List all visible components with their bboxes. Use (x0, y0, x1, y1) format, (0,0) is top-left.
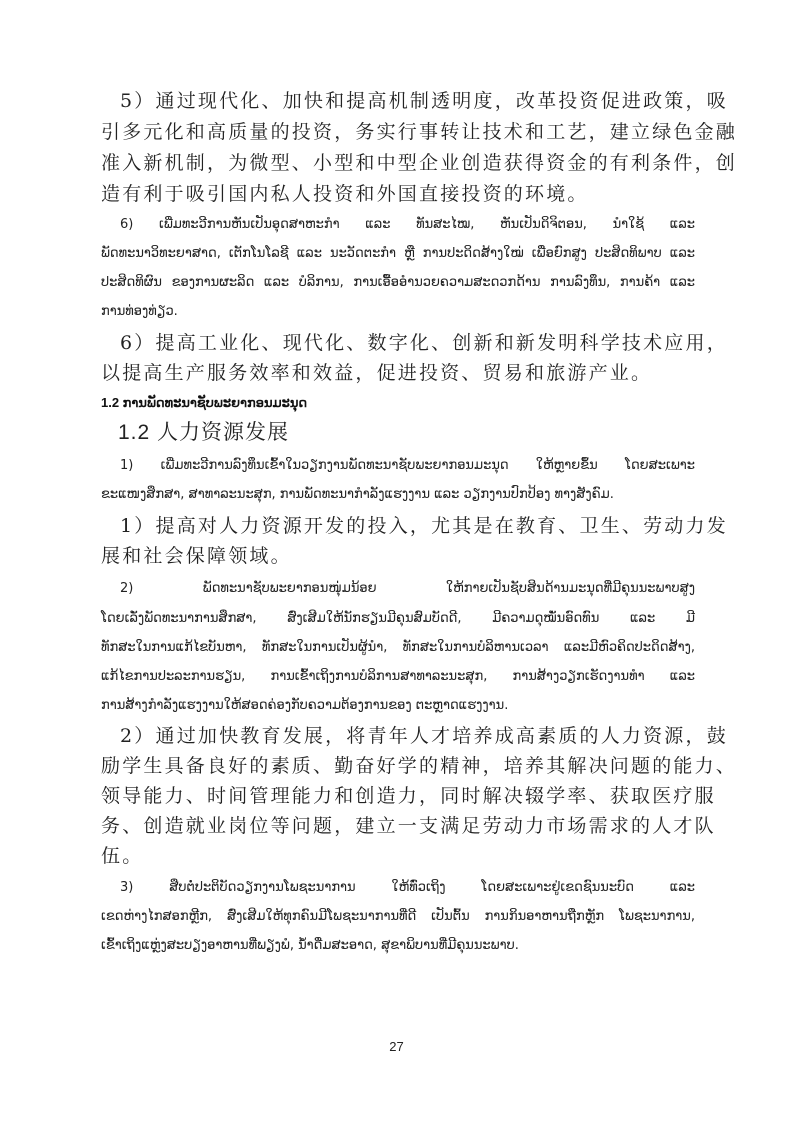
paragraph-zh-2-line-2: 励学生具备良好的素质、勤奋好学的精神，培养其解决问题的能力、 (101, 753, 695, 779)
paragraph-lo-3-line-2: ເຂດຫ່າງໄກສອກຫຼີກ, ສົ່ງເສີມໃຫ້ທຸກຄົນມີໂພຊ… (101, 906, 695, 928)
paragraph-lo-1-line-1: 1) ເພີ່ມທະວີການລົງທຶນເຂົ້າໃນວຽກງານພັດທະນ… (101, 455, 695, 477)
paragraph-zh-1-line-2: 展和社会保障领域。 (101, 543, 695, 569)
paragraph-lo-2-line-2: ໂດຍເລັ່ງພັດທະນາການສຶກສາ, ສົ່ງເສີມໃຫ້ນັກຮ… (101, 608, 695, 630)
paragraph-zh-2-line-4: 务、创造就业岗位等问题，建立一支满足劳动力市场需求的人才队 (101, 813, 695, 839)
page-number: 27 (0, 1039, 793, 1054)
paragraph-lo-6-line-1: 6) ເພີ່ມທະວີການຫັນເປັນອຸດສາຫະກຳ ແລະ ທັນສ… (101, 214, 695, 236)
paragraph-lo-2-line-1: 2) ພັດທະນາຊັບພະຍາກອນໜຸ່ມນ້ອຍ ໃຫ້ກາຍເປັນຊ… (101, 578, 695, 600)
paragraph-lo-3-line-1: 3) ສືບຕໍ່ປະຕິບັດວຽກງານໂພຊະນາການ ໃຫ້ທົ່ວເ… (101, 877, 695, 899)
paragraph-lo-3-line-3: ເຂົ້າເຖິງແຫຼ່ງສະບຽງອາຫານທີ່ພຽງພໍ, ນ້ຳດື່… (101, 935, 695, 957)
paragraph-lo-6-line-4: ການທ່ອງທ່ຽວ. (101, 301, 695, 323)
document-page: 5）通过现代化、加快和提高机制透明度，改革投资促进政策，吸 引多元化和高质量的投… (0, 0, 793, 1122)
paragraph-lo-1-line-2: ຂະແໜງສຶກສາ, ສາທາລະນະສຸກ, ການພັດທະນາກຳລັງ… (101, 484, 695, 506)
section-heading-lo: 1.2 ການພັດທະນາຊັບພະຍາກອນມະນຸດ (101, 393, 695, 413)
paragraph-zh-6-line-1: 6）提高工业化、现代化、数字化、创新和新发明科学技术应用， (101, 330, 695, 356)
paragraph-zh-2-line-1: 2）通过加快教育发展，将青年人才培养成高素质的人力资源，鼓 (101, 723, 695, 749)
paragraph-lo-6-line-3: ປະສິດທິຜົນ ຂອງການຜະລິດ ແລະ ບໍລິການ, ການເ… (101, 272, 695, 294)
paragraph-lo-2-line-4: ແກ້ໄຂການປະລະການຮຽນ, ການເຂົ້າເຖິງການບໍລິກ… (101, 666, 695, 688)
paragraph-zh-2-line-3: 领导能力、时间管理能力和创造力，同时解决辍学率、获取医疗服 (101, 783, 695, 809)
paragraph-zh-6-line-2: 以提高生产服务效率和效益，促进投资、贸易和旅游产业。 (101, 360, 695, 386)
paragraph-lo-6-line-2: ພັດທະນາວິທະຍາສາດ, ເຕັກໂນໂລຊີ ແລະ ນະວັດຕະ… (101, 243, 695, 265)
paragraph-zh-5-line-1: 5）通过现代化、加快和提高机制透明度，改革投资促进政策，吸 (101, 88, 695, 114)
paragraph-zh-5-line-2: 引多元化和高质量的投资，务实行事转让技术和工艺，建立绿色金融 (101, 119, 695, 145)
paragraph-zh-5-line-3: 准入新机制，为微型、小型和中型企业创造获得资金的有利条件，创 (101, 150, 695, 176)
paragraph-zh-1-line-1: 1）提高对人力资源开发的投入，尤其是在教育、卫生、劳动力发 (101, 513, 695, 539)
paragraph-zh-5-line-4: 造有利于吸引国内私人投资和外国直接投资的环境。 (101, 181, 695, 207)
paragraph-lo-2-line-5: ການສ້າງກຳລັງແຮງງານໃຫ້ສອດຄ່ອງກັບຄວາມຕ້ອງກ… (101, 695, 695, 717)
paragraph-lo-2-line-3: ທັກສະໃນການແກ້ໄຂບັນຫາ, ທັກສະໃນການເປັນຜູ້ນ… (101, 637, 695, 659)
paragraph-zh-2-line-5: 伍。 (101, 843, 695, 869)
section-heading-zh: 1.2 人力资源发展 (101, 419, 712, 447)
